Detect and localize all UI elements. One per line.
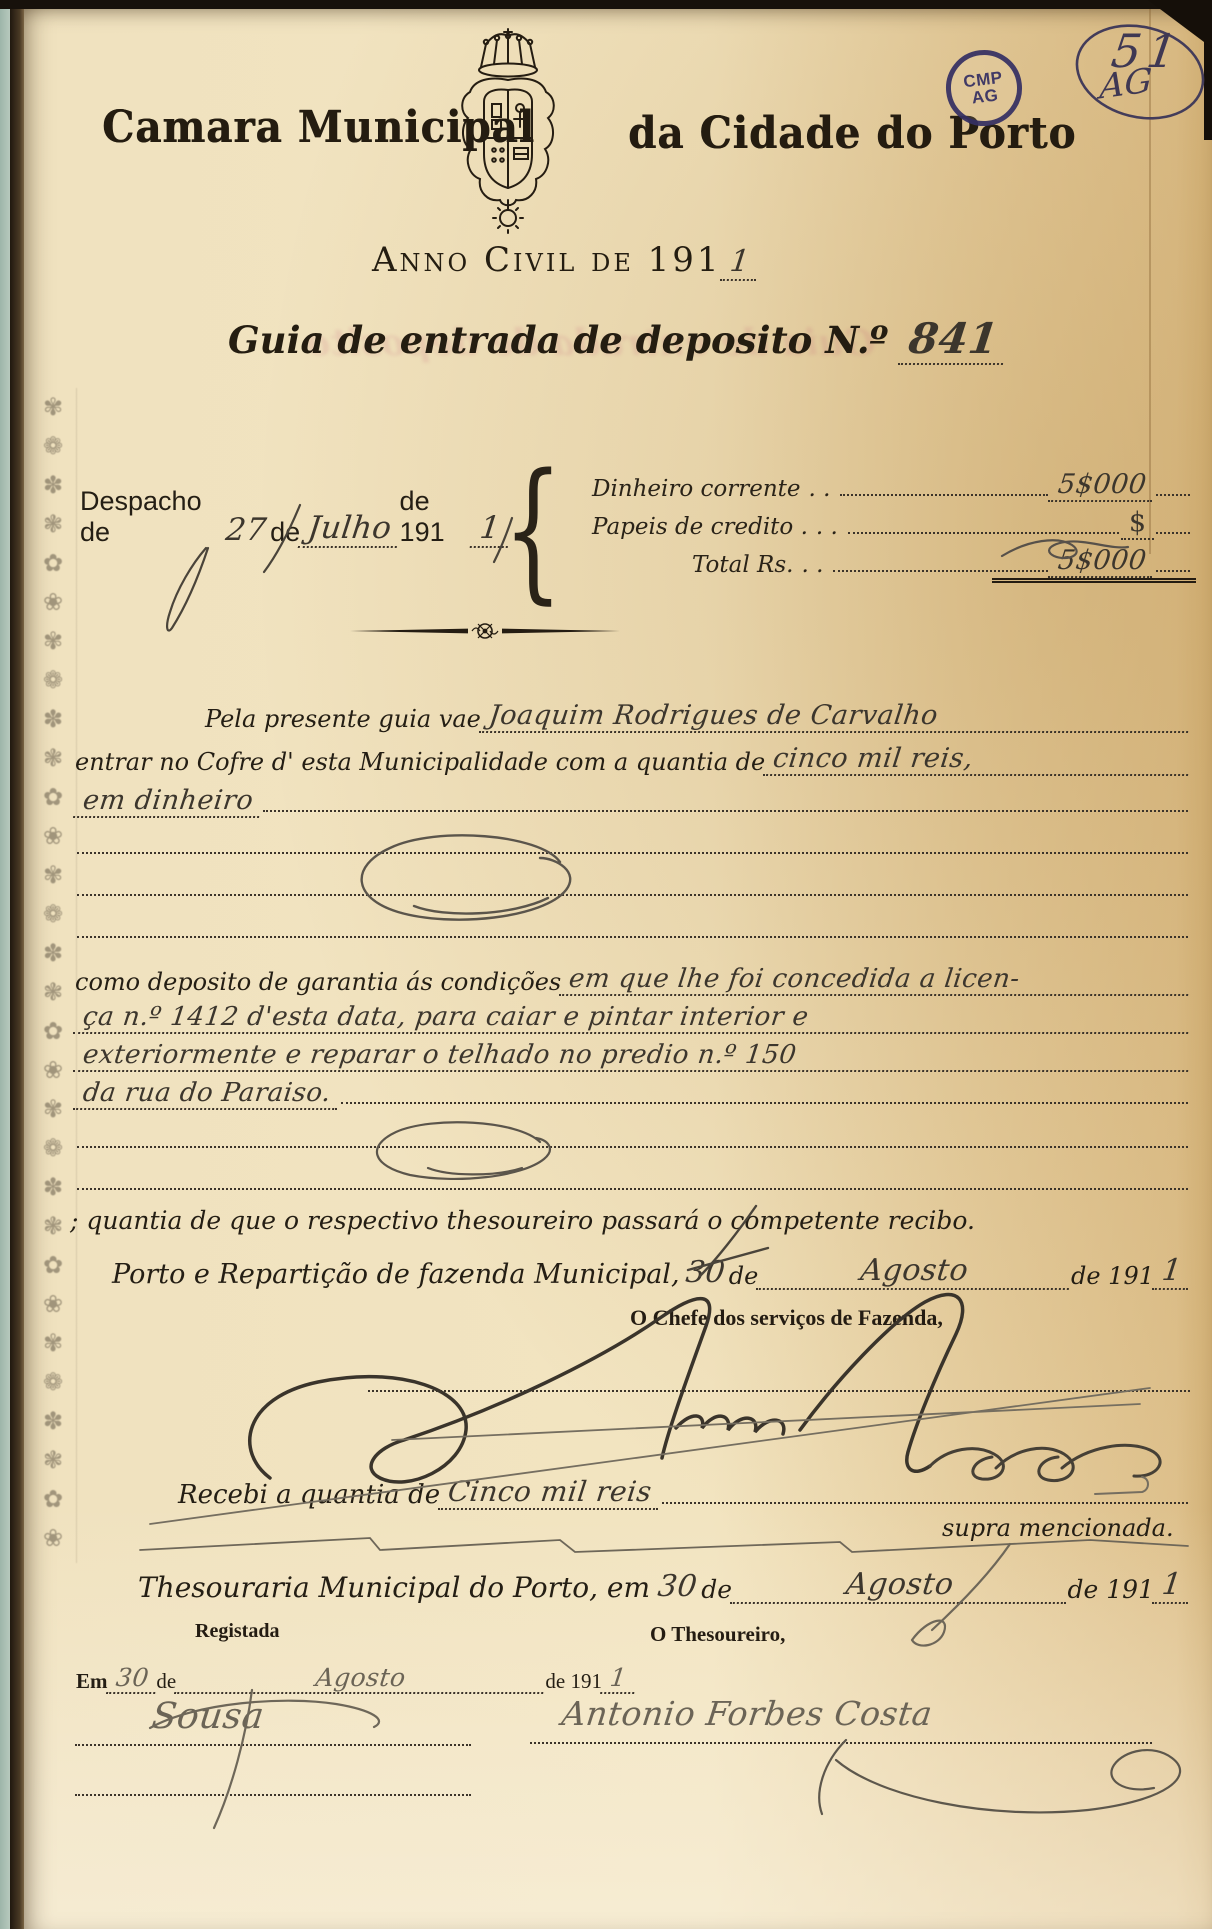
fazenda-de: de xyxy=(729,1262,759,1290)
doc-title: Guia de entrada de deposito N.º 841 xyxy=(228,314,1006,365)
thesoureiro-signature: Antonio Forbes Costa xyxy=(560,1694,935,1733)
fazenda-month: Agosto xyxy=(756,1253,1073,1290)
amounts-brace: { xyxy=(503,460,563,600)
em-month: Agosto xyxy=(174,1663,547,1694)
despacho-day-handwritten: 27 xyxy=(223,512,268,548)
doc-number-label: N.º xyxy=(825,318,888,362)
stamp-line2: AG xyxy=(971,86,999,106)
em-de: de xyxy=(156,1669,176,1694)
em-year-digit: 1 xyxy=(600,1663,638,1694)
thesouraria-printed: Thesouraria Municipal do Porto, em xyxy=(138,1571,650,1604)
body-line-2: entrar no Cofre d' esta Municipalidade c… xyxy=(75,732,1190,776)
thesoureiro-signature-line xyxy=(530,1742,1152,1744)
payment-mode-handwritten: em dinheiro xyxy=(73,785,263,818)
book-binding-shadow xyxy=(10,0,24,1929)
clause-hand-4: da rua do Paraiso. xyxy=(73,1078,341,1110)
em-label: Em xyxy=(76,1669,108,1694)
body-line2-printed: entrar no Cofre d' esta Municipalidade c… xyxy=(75,748,765,776)
body-line-3: em dinheiro xyxy=(75,774,1190,818)
chefe-signature-line xyxy=(368,1390,1190,1392)
despacho-month-handwritten: Julho xyxy=(298,510,402,548)
header-title-left: Camara Municipal xyxy=(102,102,535,153)
thesouraria-de-191: de 191 xyxy=(1068,1575,1154,1604)
clause-line-4: da rua do Paraiso. xyxy=(75,1066,1190,1110)
fazenda-day: 30 xyxy=(683,1255,726,1290)
recebi-line: Recebi a quantia de Cinco mil reis xyxy=(178,1458,1190,1510)
registada-label: Registada xyxy=(195,1620,279,1643)
body-empty-line xyxy=(75,858,1190,902)
archive-initials: AG xyxy=(1099,61,1153,108)
recebi-amount-handwritten: Cinco mil reis xyxy=(438,1475,662,1510)
despacho-label: Despacho de xyxy=(80,486,220,548)
despacho-de-191: de 191 xyxy=(400,486,472,548)
em-de-191: de 191 xyxy=(545,1669,602,1694)
fazenda-date-line: Porto e Repartição de fazenda Municipal,… xyxy=(112,1238,1190,1290)
thesoureiro-label: O Thesoureiro, xyxy=(650,1622,785,1647)
fazenda-de-191: de 191 xyxy=(1071,1262,1154,1290)
amount-dots: . . xyxy=(801,552,823,578)
amount-value-handwritten: 5$000 xyxy=(1048,545,1156,578)
despacho-line: Despacho de 27 de Julho de 191 1 xyxy=(80,498,510,548)
year-digit-handwritten: 1 xyxy=(719,244,759,281)
em-day: 30 xyxy=(106,1663,159,1694)
amount-row-dinheiro: Dinheiro corrente . . 5$000 xyxy=(592,460,1192,502)
recebi-printed: Recebi a quantia de xyxy=(178,1480,440,1510)
thesouraria-date-line: Thesouraria Municipal do Porto, em 30 de… xyxy=(138,1550,1190,1604)
amount-label: Total Rs. xyxy=(692,552,793,578)
scan-top-edge xyxy=(0,0,1212,9)
thesouraria-day: 30 xyxy=(656,1569,699,1604)
body-empty-line xyxy=(75,900,1190,944)
despacho-de: de xyxy=(270,517,300,548)
doc-number-handwritten: 841 xyxy=(898,314,1009,365)
scan-left-edge xyxy=(0,0,10,1929)
recibo-clause: ; quantia de que o respectivo thesoureir… xyxy=(70,1206,975,1235)
depositor-name-handwritten: Joaquim Rodrigues de Carvalho xyxy=(479,700,1192,733)
body-intro-printed: Pela presente guia vae xyxy=(205,705,481,733)
fazenda-year-digit: 1 xyxy=(1152,1253,1193,1290)
registada-signature-line xyxy=(75,1744,471,1746)
thesouraria-year-digit: 1 xyxy=(1152,1567,1193,1604)
registada-signature: Sousa xyxy=(149,1696,266,1737)
em-date-line: Em 30 de Agosto de 191 1 xyxy=(76,1648,636,1694)
total-double-underline xyxy=(992,578,1196,583)
chefe-label: O Chefe dos serviços de Fazenda, xyxy=(630,1305,943,1331)
thesouraria-month: Agosto xyxy=(730,1567,1070,1604)
amount-row-papeis: Papeis de credito . . . $ xyxy=(592,498,1192,540)
fazenda-printed: Porto e Repartição de fazenda Municipal, xyxy=(112,1259,680,1290)
scanned-deposit-receipt: ✾ ❁ ✽ ❃ ✿ ❀ ✾ ❁ ✽ ❃ ✿ ❀ ✾ ❁ ✽ ❃ ✿ ❀ ✾ ❁ … xyxy=(0,0,1212,1929)
amount-row-total: Total Rs. . . 5$000 xyxy=(592,536,1192,578)
year-line-printed: Anno Civil de 191 xyxy=(372,240,722,280)
body-empty-line xyxy=(75,1110,1190,1154)
registada-signature-line-2 xyxy=(75,1794,471,1796)
supra-label: supra mencionada. xyxy=(942,1514,1174,1542)
doc-title-printed: Guia de entrada de deposito xyxy=(228,318,812,362)
ornamental-border-bleedthrough: ✾ ❁ ✽ ❃ ✿ ❀ ✾ ❁ ✽ ❃ ✿ ❀ ✾ ❁ ✽ ❃ ✿ ❀ ✾ ❁ … xyxy=(30,388,77,1563)
thesouraria-de: de xyxy=(701,1575,732,1604)
year-line: Anno Civil de 1911 xyxy=(372,240,757,281)
body-empty-line xyxy=(75,1152,1190,1196)
body-empty-line xyxy=(75,816,1190,860)
amount-words-handwritten: cinco mil reis, xyxy=(763,743,1192,776)
body-line-1: Pela presente guia vae Joaquim Rodrigues… xyxy=(205,689,1190,733)
